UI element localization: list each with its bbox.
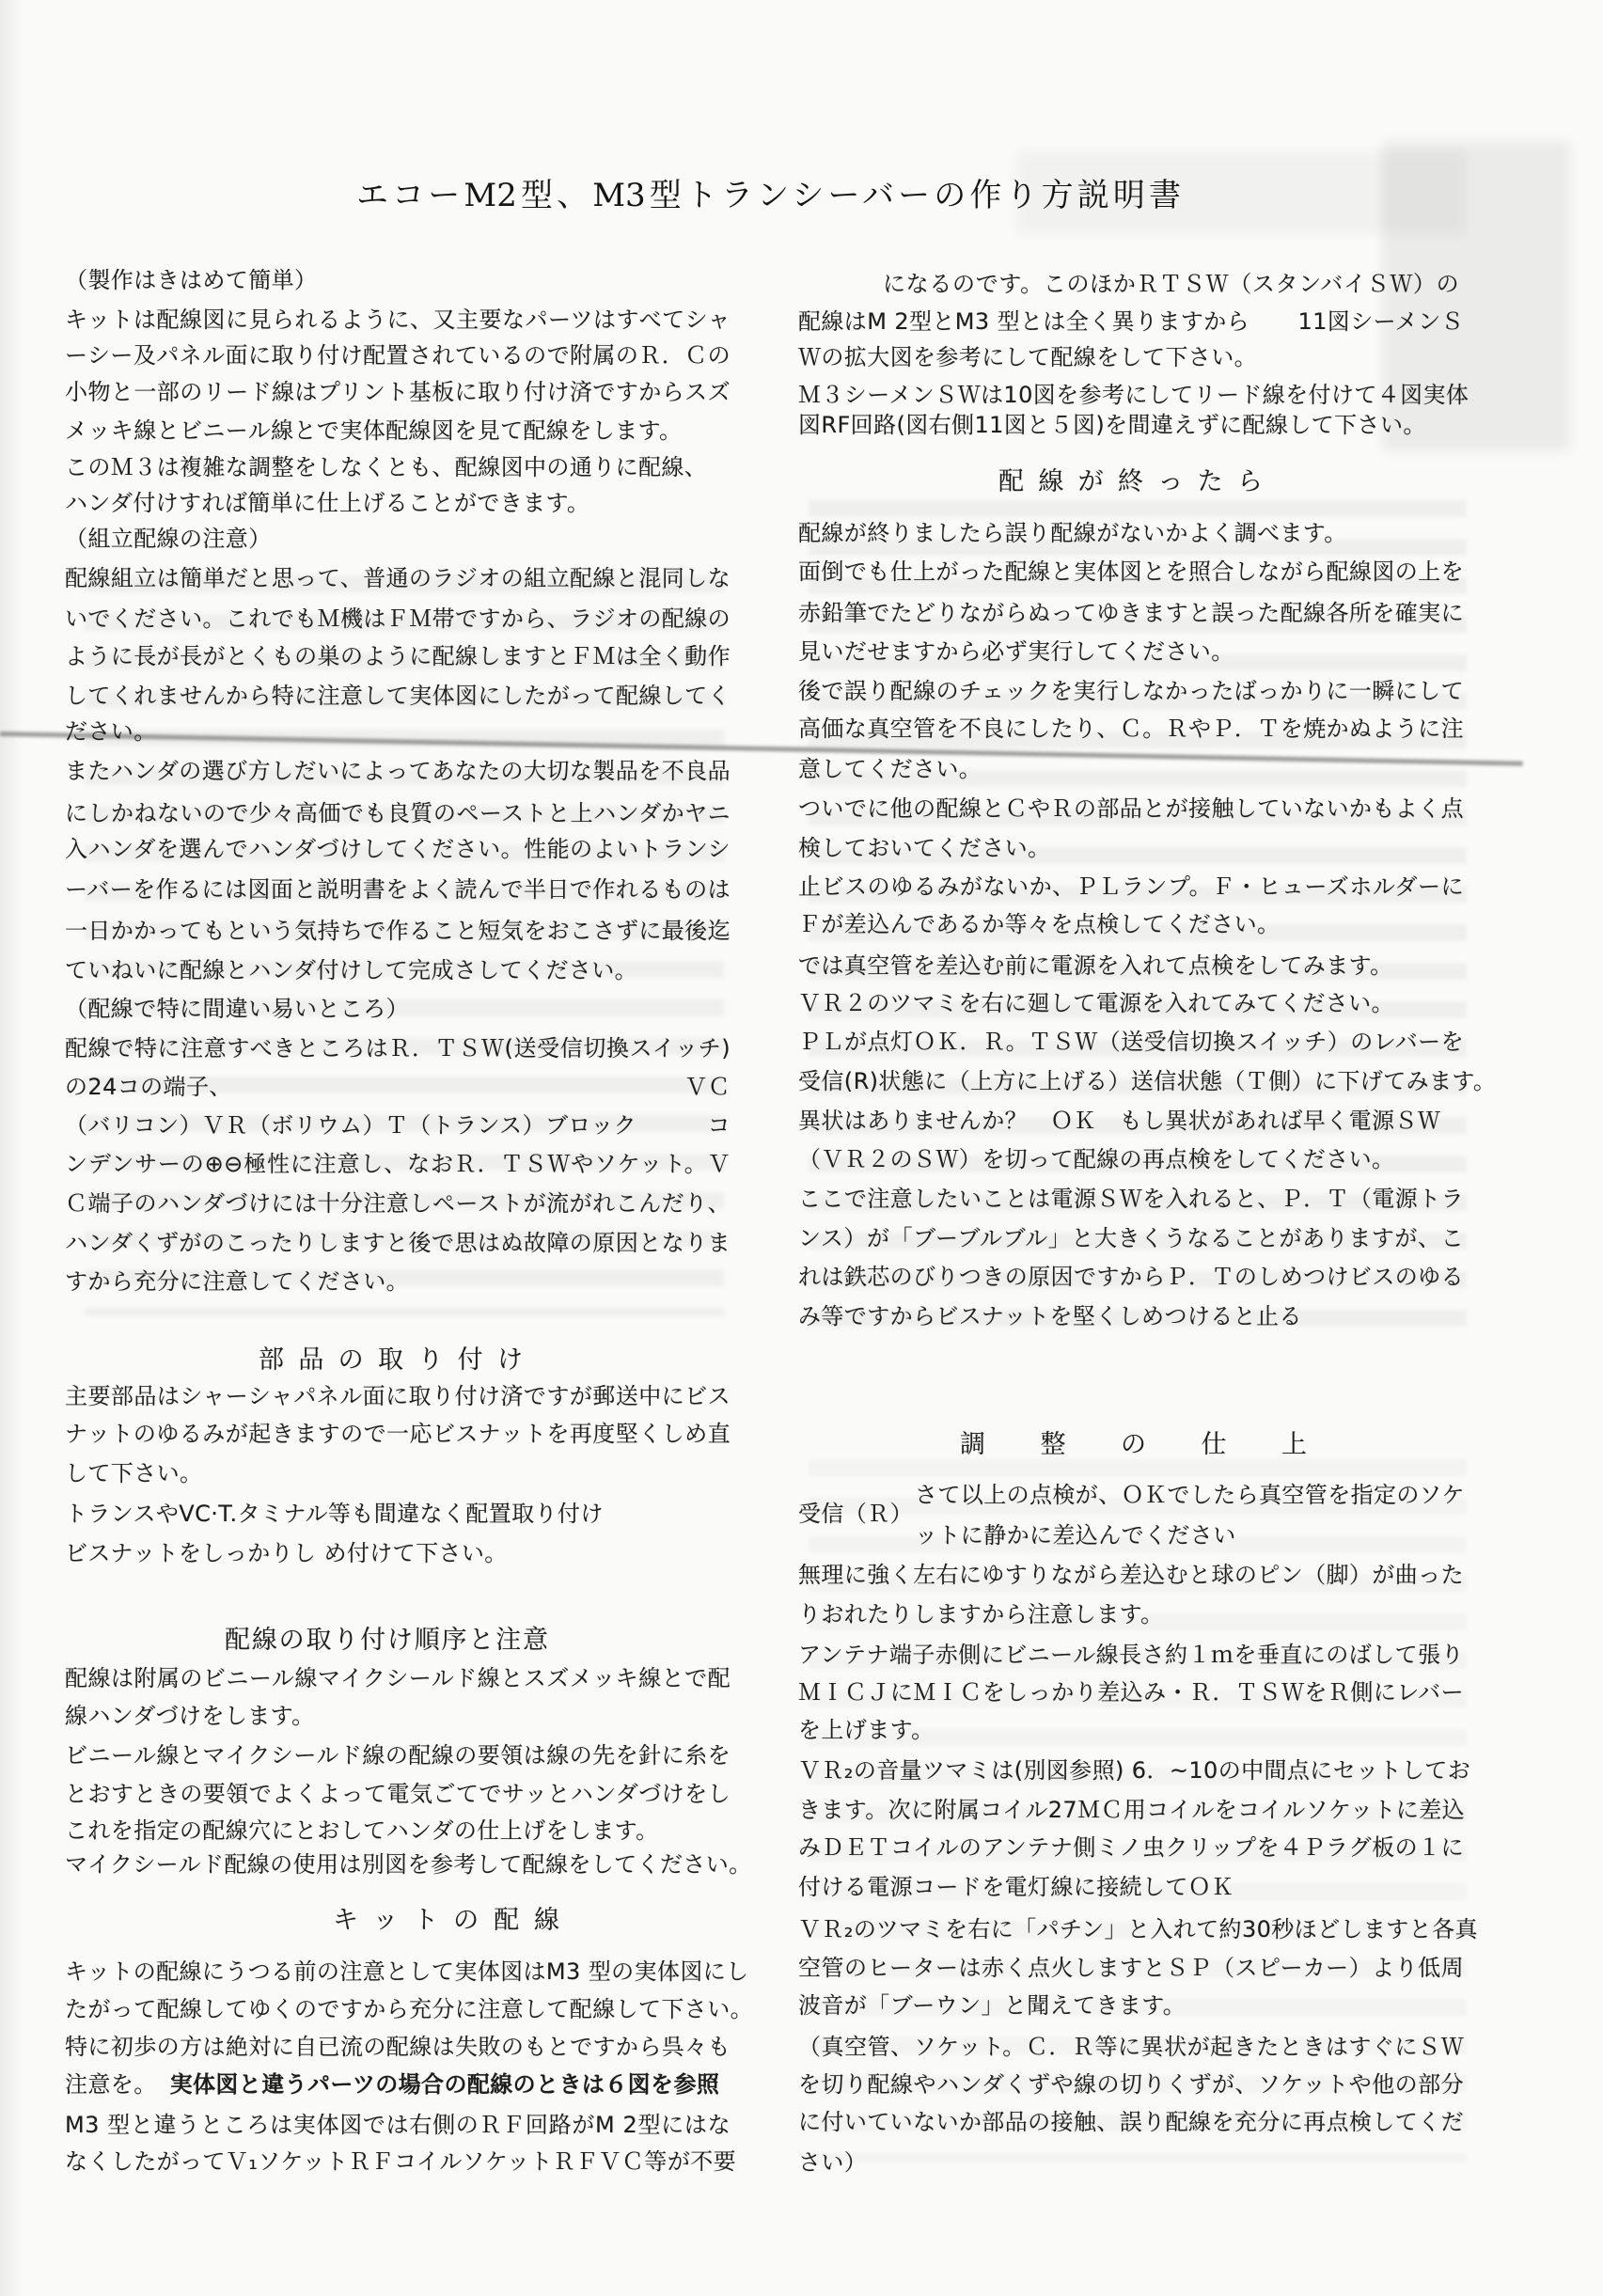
text-line: ＶＲ₂のツマミを右に「パチン」と入れて約30秒ほどしますと各真 [798,1911,1464,1948]
text-line: Ｗの拡大図を参考にして配線をして下さい。 [798,338,1464,376]
text-line: 配線はM 2型とM3 型とは全く異りますから 11図シーメンＳ [798,303,1464,340]
text-line: 波音が「ブーウン」と聞えてきます。 [798,1987,1464,2024]
text-line: すから充分に注意してください。 [65,1263,731,1300]
text-line: 赤鉛筆でたどりながらぬってゆきますと誤った配線各所を確実に [798,594,1464,632]
text-line: を切り配線やハンダくずや線の切りくずが、ソケットや他の部分 [798,2066,1464,2103]
section-heading: 調整の仕上 [960,1424,1307,1466]
text-line: きます。次に附属コイル27ＭＣ用コイルをコイルソケットに差込 [798,1791,1464,1829]
text-line: トランスやVC·T.タミナル等も間違なく配置取り付け [65,1495,731,1533]
text-fragment: 配線はM 2型とM3 型とは全く異りますから [798,303,1249,340]
text-line: Ｆが差込んであるか等々を点検してください。 [798,905,1464,943]
text-line: ーバーを作るには図面と説明書をよく読んで半日で作れるものは [65,871,731,908]
text-line: 付ける電源コードを電灯線に接続してＯＫ [798,1868,1464,1906]
section-heading: キットの配線 [333,1900,559,1942]
text-line: 受信(R)状態に（上方に上げる）送信状態（Ｔ側）に下げてみます。 [798,1062,1464,1100]
text-line: さて以上の点検が、ＯＫでしたら真空管を指定のソケ [915,1476,1464,1514]
text-line: 後で誤り配線のチェックを実行しなかったばっかりに一瞬にして [798,672,1464,710]
scanned-page: エコーM2型、M3型トランシーバーの作り方説明書 （製作はきはめて簡単） キット… [0,0,1603,2296]
text-line: 無理に強く左右にゆすりながら差込むと球のピン（脚）が曲った [798,1556,1464,1594]
text-line: ＶＲ２のツマミを右に廻して電源を入れてみてください。 [798,984,1464,1022]
text-line: キットは配線図に見られるように、又主要なパーツはすべてシャ [65,301,731,338]
text-line: ンス）が「ブーブルブル」と大きくうなることがありますが、こ [798,1219,1464,1257]
text-line: 高価な真空管を不良にしたり、Ｃ。ＲやＰ．Ｔを焼かぬように注 [798,710,1464,747]
text-line: になるのです。このほかＲＴＳＷ（スタンバイＳＷ）の [883,265,1459,303]
text-line: して下さい。 [65,1455,731,1492]
text-line: ついでに他の配線とＣやＲの部品とが接触していないかもよく点 [798,790,1464,827]
text-line: ナットのゆるみが起きますので一応ビスナットを再度堅くしめ直 [65,1415,731,1453]
text-line: ださい。 [65,713,731,750]
text-line: 面倒でも仕上がった配線と実体図とを照合しながら配線図の上を [798,553,1464,590]
text-line: 小物と一部のリード線はプリント基板に取り付け済ですからスズ [65,373,731,411]
text-line: このＭ３は複雑な調整をしなくとも、配線図中の通りに配線、 [65,448,731,486]
section-heading: 部品の取り付け [259,1340,523,1381]
text-line: 見いだせますから必ず実行してください。 [798,633,1464,670]
section-heading: 配線が終ったら [998,462,1263,503]
text-line: りおれたりしますから注意します。 [798,1596,1464,1633]
text-line: 図RF回路(図右側11図と５図)を間違えずに配線して下さい。 [798,406,1464,444]
text-line: これを指定の配線穴にとおしてハンダの仕上げをします。 [65,1812,731,1849]
section-label: （配線で特に間違い易いところ） [65,990,731,1028]
text-line: 主要部品はシャーシャパネル面に取り付け済ですが郵送中にビス [65,1377,731,1415]
text-line: メッキ線とビニール線とで実体配線図を見て配線をします。 [65,412,731,449]
text-line: 線ハンダづけをします。 [65,1697,731,1735]
text-line: 検しておいてください。 [798,829,1464,867]
text-line: に付いていないか部品の接触、誤り配線を充分に再点検してくだ [798,2103,1464,2141]
text-line: ハンダくずがのこったりしますと後で思はぬ故障の原因となりま [65,1224,731,1262]
text-line: ンデンサーの⊕⊖極性に注意し、なおＲ．ＴＳＷやソケット。Ｖ [65,1145,731,1183]
text-line: ＭＩＣＪにＭＩＣをしっかり差込み・Ｒ．ＴＳＷをＲ側にレバー [798,1674,1464,1711]
text-line: キットの配線にうつる前の注意として実体図はM3 型の実体図にし [65,1953,731,1990]
text-line: マイクシールド配線の使用は別図を参考して配線をしてください。 [65,1846,731,1883]
text-line: を上げます。 [798,1711,1464,1749]
text-line: 配線で特に注意すべきところはＲ．ＴＳＷ(送受信切換スイッチ) [65,1030,731,1067]
text-line: またハンダの選び方しだいによってあなたの大切な製品を不良品 [65,752,731,790]
text-line: ように長が長がとくもの巣のように配線しますとＦＭは全く動作 [65,637,731,675]
text-fragment: 注意を。 [65,2071,157,2098]
text-line: 注意を。実体図と違うパーツの場合の配線のときは６図を参照 [65,2066,731,2103]
text-fragment: 11図シーメンＳ [1297,303,1464,340]
text-line: れは鉄芯のびりつきの原因ですからＰ．Ｔのしめつけビスのゆる [798,1258,1464,1296]
text-fragment: コ [708,1107,731,1144]
text-line: M3 型と違うところは実体図では右側のＲＦ回路がM 2型にはな [65,2106,731,2144]
text-line: 空管のヒーターは赤く点火しますとＳＰ（スピーカー）より低周 [798,1949,1464,1987]
text-line: さい） [798,2144,1464,2181]
text-line: してくれませんから特に注意して実体図にしたがって配線してく [65,677,731,715]
scan-edge-shadow [0,0,24,2296]
text-line: 配線は附属のビニール線マイクシールド線とスズメッキ線とで配 [65,1659,731,1697]
text-line: ビニール線とマイクシールド線の配線の要領は線の先を針に糸を [65,1737,731,1774]
text-line: ていねいに配線とハンダ付けして完成さしてください。 [65,951,731,989]
text-line: 配線組立は簡単だと思って、普通のラジオの組立配線と混同しな [65,559,731,597]
text-line: いでください。これでもＭ機はＦＭ帯ですから、ラジオの配線の [65,600,731,637]
text-fragment: ＶＣ [684,1068,731,1106]
text-line: 意してください。 [798,750,1464,788]
text-line: 一日かかってもという気持ちで作ること短気をおこさずに最後迄 [65,912,731,950]
text-line: ここで注意したいことは電源ＳＷを入れると、Ｐ．Ｔ（電源トラ [798,1180,1464,1218]
text-line: ーシー及パネル面に取り付け配置されているので附属のＲ．Ｃの [65,337,731,374]
text-line: 異状はありませんか？ ＯＫ もし異状があれば早く電源ＳＷ [798,1102,1464,1140]
text-line: では真空管を差込む前に電源を入れて点検をしてみます。 [798,947,1464,984]
text-line: アンテナ端子赤側にビニール線長さ約１ｍを垂直にのばして張り [798,1636,1464,1674]
text-line: なくしたがってＶ₁ソケットＲＦコイルソケットＲＦＶＣ等が不要 [65,2143,731,2180]
text-line: （ＶＲ２のＳＷ）を切って配線の再点検をしてください。 [798,1140,1464,1178]
side-label: 受信（Ｒ） [798,1495,913,1533]
section-heading: 配線の取り付け順序と注意 [225,1620,548,1661]
text-fragment: （バリコン）ＶＲ（ボリウム）Ｔ（トランス）ブロック [65,1107,636,1144]
text-line: の24コの端子、 ＶＣ [65,1068,731,1106]
text-line: ＶＲ₂の音量ツマミは(別図参照) 6．~10の中間点にセットしてお [798,1752,1464,1789]
document-title: エコーM2型、M3型トランシーバーの作り方説明書 [356,175,1181,216]
text-fragment: の24コの端子、 [65,1068,232,1106]
text-line: 入ハンダを選んでハンダづけしてください。性能のよいトランシ [65,830,731,868]
text-line: みＤＥＴコイルのアンテナ側ミノ虫クリップを４Ｐラグ板の１に [798,1829,1464,1866]
text-line: （バリコン）ＶＲ（ボリウム）Ｔ（トランス）ブロック コ [65,1107,731,1144]
text-line: Ｃ端子のハンダづけには十分注意しペーストが流がれこんだり、 [65,1185,731,1222]
text-line: （真空管、ソケット。Ｃ．Ｒ等に異状が起きたときはすぐにＳＷ [798,2028,1464,2066]
text-line: 配線が終りましたら誤り配線がないかよく調べます。 [798,514,1464,552]
text-line: 特に初歩の方は絶対に自已流の配線は失敗のもとですから呉々も [65,2028,731,2066]
text-line: ＰＬが点灯ＯＫ．Ｒ。ＴＳＷ（送受信切換スイッチ）のレバーを [798,1023,1464,1061]
text-line: み等ですからビスナットを堅くしめつけると止る [798,1297,1464,1335]
text-line: ハンダ付けすれば簡単に仕上げることができます。 [65,484,731,522]
section-label: （製作はきはめて簡単） [65,261,731,299]
text-line: ットに静かに差込んでください [915,1517,1236,1554]
text-line: たがって配線してゆくのですから充分に注意して配線して下さい。 [65,1990,731,2028]
text-line: にしかねないので少々高価でも良質のペーストと上ハンダかヤニ [65,794,731,832]
emphasized-text: 実体図と違うパーツの場合の配線のときは６図を参照 [170,2071,720,2098]
text-line: とおすときの要領でよくよって電気ごてでサッとハンダづけをし [65,1775,731,1813]
text-line: 止ビスのゆるみがないか、ＰＬランプ。Ｆ・ヒューズホルダーに [798,868,1464,905]
text-line: ビスナットをしっかりし め付けて下さい。 [65,1534,731,1572]
section-label: （組立配線の注意） [65,520,731,558]
